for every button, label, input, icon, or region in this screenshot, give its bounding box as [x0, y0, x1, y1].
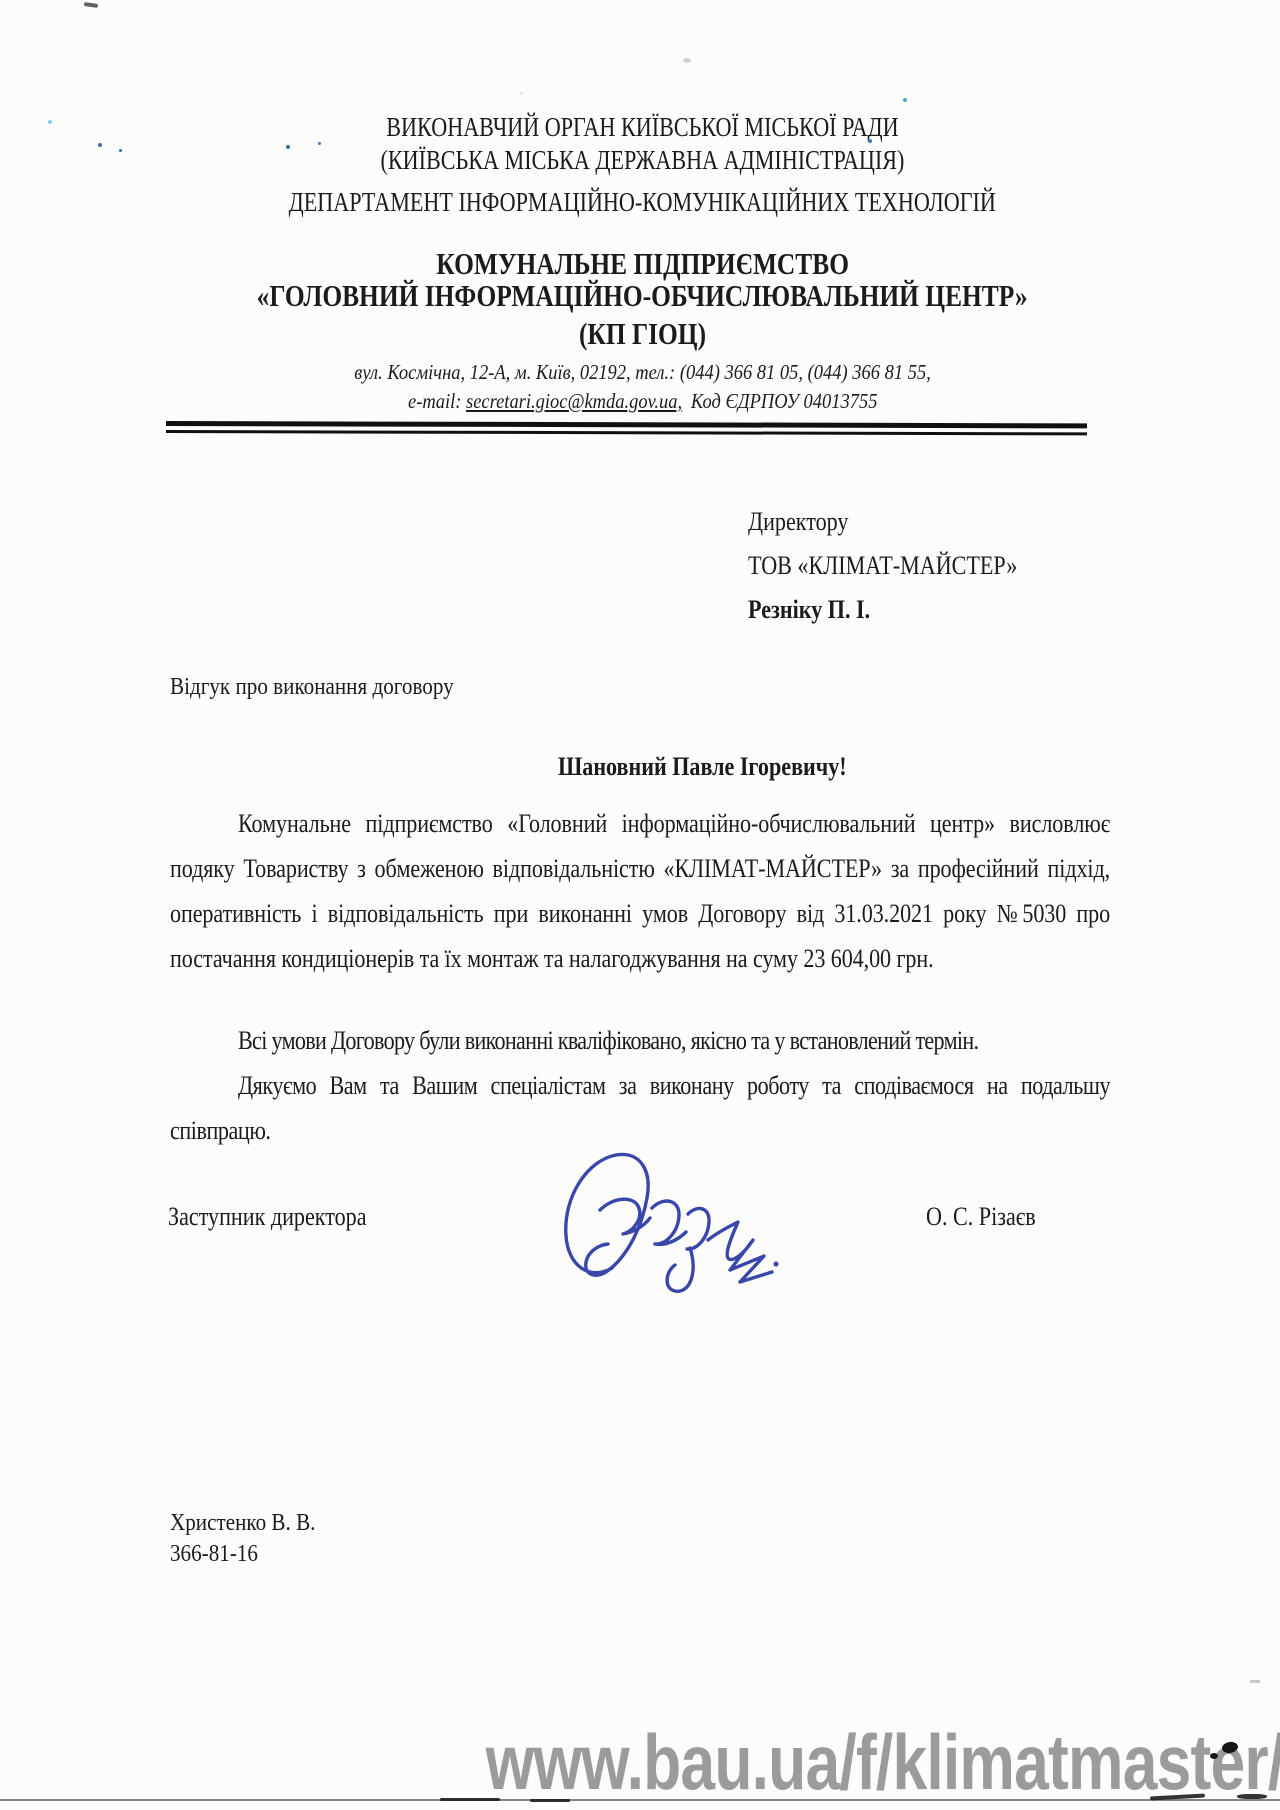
edrpou-code: Код ЄДРПОУ 04013755 — [691, 389, 878, 413]
company-address-phone: вул. Космічна, 12-А, м. Київ, 02192, тел… — [170, 360, 1115, 385]
ink-speck-artifact — [119, 149, 122, 152]
ink-speck-artifact — [48, 120, 52, 124]
ink-speck-artifact — [520, 92, 523, 95]
body-paragraph-2: Всі умови Договору були виконанні кваліф… — [170, 1018, 1110, 1063]
scan-edge-smudge — [440, 1798, 500, 1801]
recipient-company: ТОВ «КЛІМАТ-МАЙСТЕР» — [748, 544, 1017, 588]
recipient-position: Директору — [748, 500, 1017, 544]
email-address: secretari.gioc@kmda.gov.ua, — [466, 389, 682, 413]
scan-smudge-artifact — [683, 58, 691, 63]
company-abbreviation: (КП ГІОЦ) — [170, 316, 1115, 352]
ink-speck-artifact — [903, 98, 907, 102]
body-paragraph-3: Дякуємо Вам та Вашим спеціалістам за вик… — [170, 1063, 1110, 1153]
scanned-letter-page: ВИКОНАВЧИЙ ОРГАН КИЇВСЬКОЇ МІСЬКОЇ РАДИ … — [0, 0, 1280, 1810]
company-email-edrpou: e-mail: secretari.gioc@kmda.gov.ua,Код Є… — [170, 389, 1115, 414]
contact-phone: 366-81-16 — [170, 1539, 315, 1570]
ink-blot-artifact — [1210, 1753, 1218, 1759]
scan-edge-line — [0, 1799, 1280, 1801]
signer-name: О. С. Різаєв — [926, 1202, 1036, 1232]
recipient-name: Резніку П. І. — [748, 588, 1017, 632]
scan-smudge-artifact — [1250, 1680, 1260, 1683]
recipient-block: Директору ТОВ «КЛІМАТ-МАЙСТЕР» Резніку П… — [748, 500, 1017, 632]
scan-smudge-artifact — [84, 2, 98, 8]
company-name-line1: КОМУНАЛЬНЕ ПІДПРИЄМСТВО — [170, 246, 1115, 282]
handwritten-signature — [540, 1148, 790, 1303]
org-name-line1: ВИКОНАВЧИЙ ОРГАН КИЇВСЬКОЇ МІСЬКОЇ РАДИ — [170, 112, 1115, 143]
scan-edge-smudge — [530, 1799, 570, 1802]
ink-speck-artifact — [98, 143, 102, 147]
subject-line: Відгук про виконання договору — [170, 674, 454, 701]
scan-edge-smudge — [1237, 1794, 1267, 1799]
email-label: e-mail: — [408, 389, 466, 413]
salutation: Шановний Павле Ігоревичу! — [558, 752, 847, 782]
ink-speck-artifact — [318, 142, 321, 145]
signer-position: Заступник директора — [168, 1202, 367, 1232]
ink-speck-artifact — [868, 139, 872, 143]
department-name: ДЕПАРТАМЕНТ ІНФОРМАЦІЙНО-КОМУНІКАЦІЙНИХ … — [170, 187, 1115, 218]
contact-person: Христенко В. В. — [170, 1508, 315, 1539]
contact-block: Христенко В. В. 366-81-16 — [170, 1508, 315, 1570]
body-paragraph-1: Комунальне підприємство «Головний інформ… — [170, 801, 1110, 981]
ink-speck-artifact — [286, 145, 290, 149]
letterhead-divider — [166, 421, 1087, 435]
org-name-line2: (КИЇВСЬКА МІСЬКА ДЕРЖАВНА АДМІНІСТРАЦІЯ) — [170, 145, 1115, 176]
company-name-line2: «ГОЛОВНИЙ ІНФОРМАЦІЙНО-ОБЧИСЛЮВАЛЬНИЙ ЦЕ… — [170, 278, 1115, 314]
watermark-url: www.bau.ua/f/klimatmaster/ — [485, 1722, 1280, 1802]
